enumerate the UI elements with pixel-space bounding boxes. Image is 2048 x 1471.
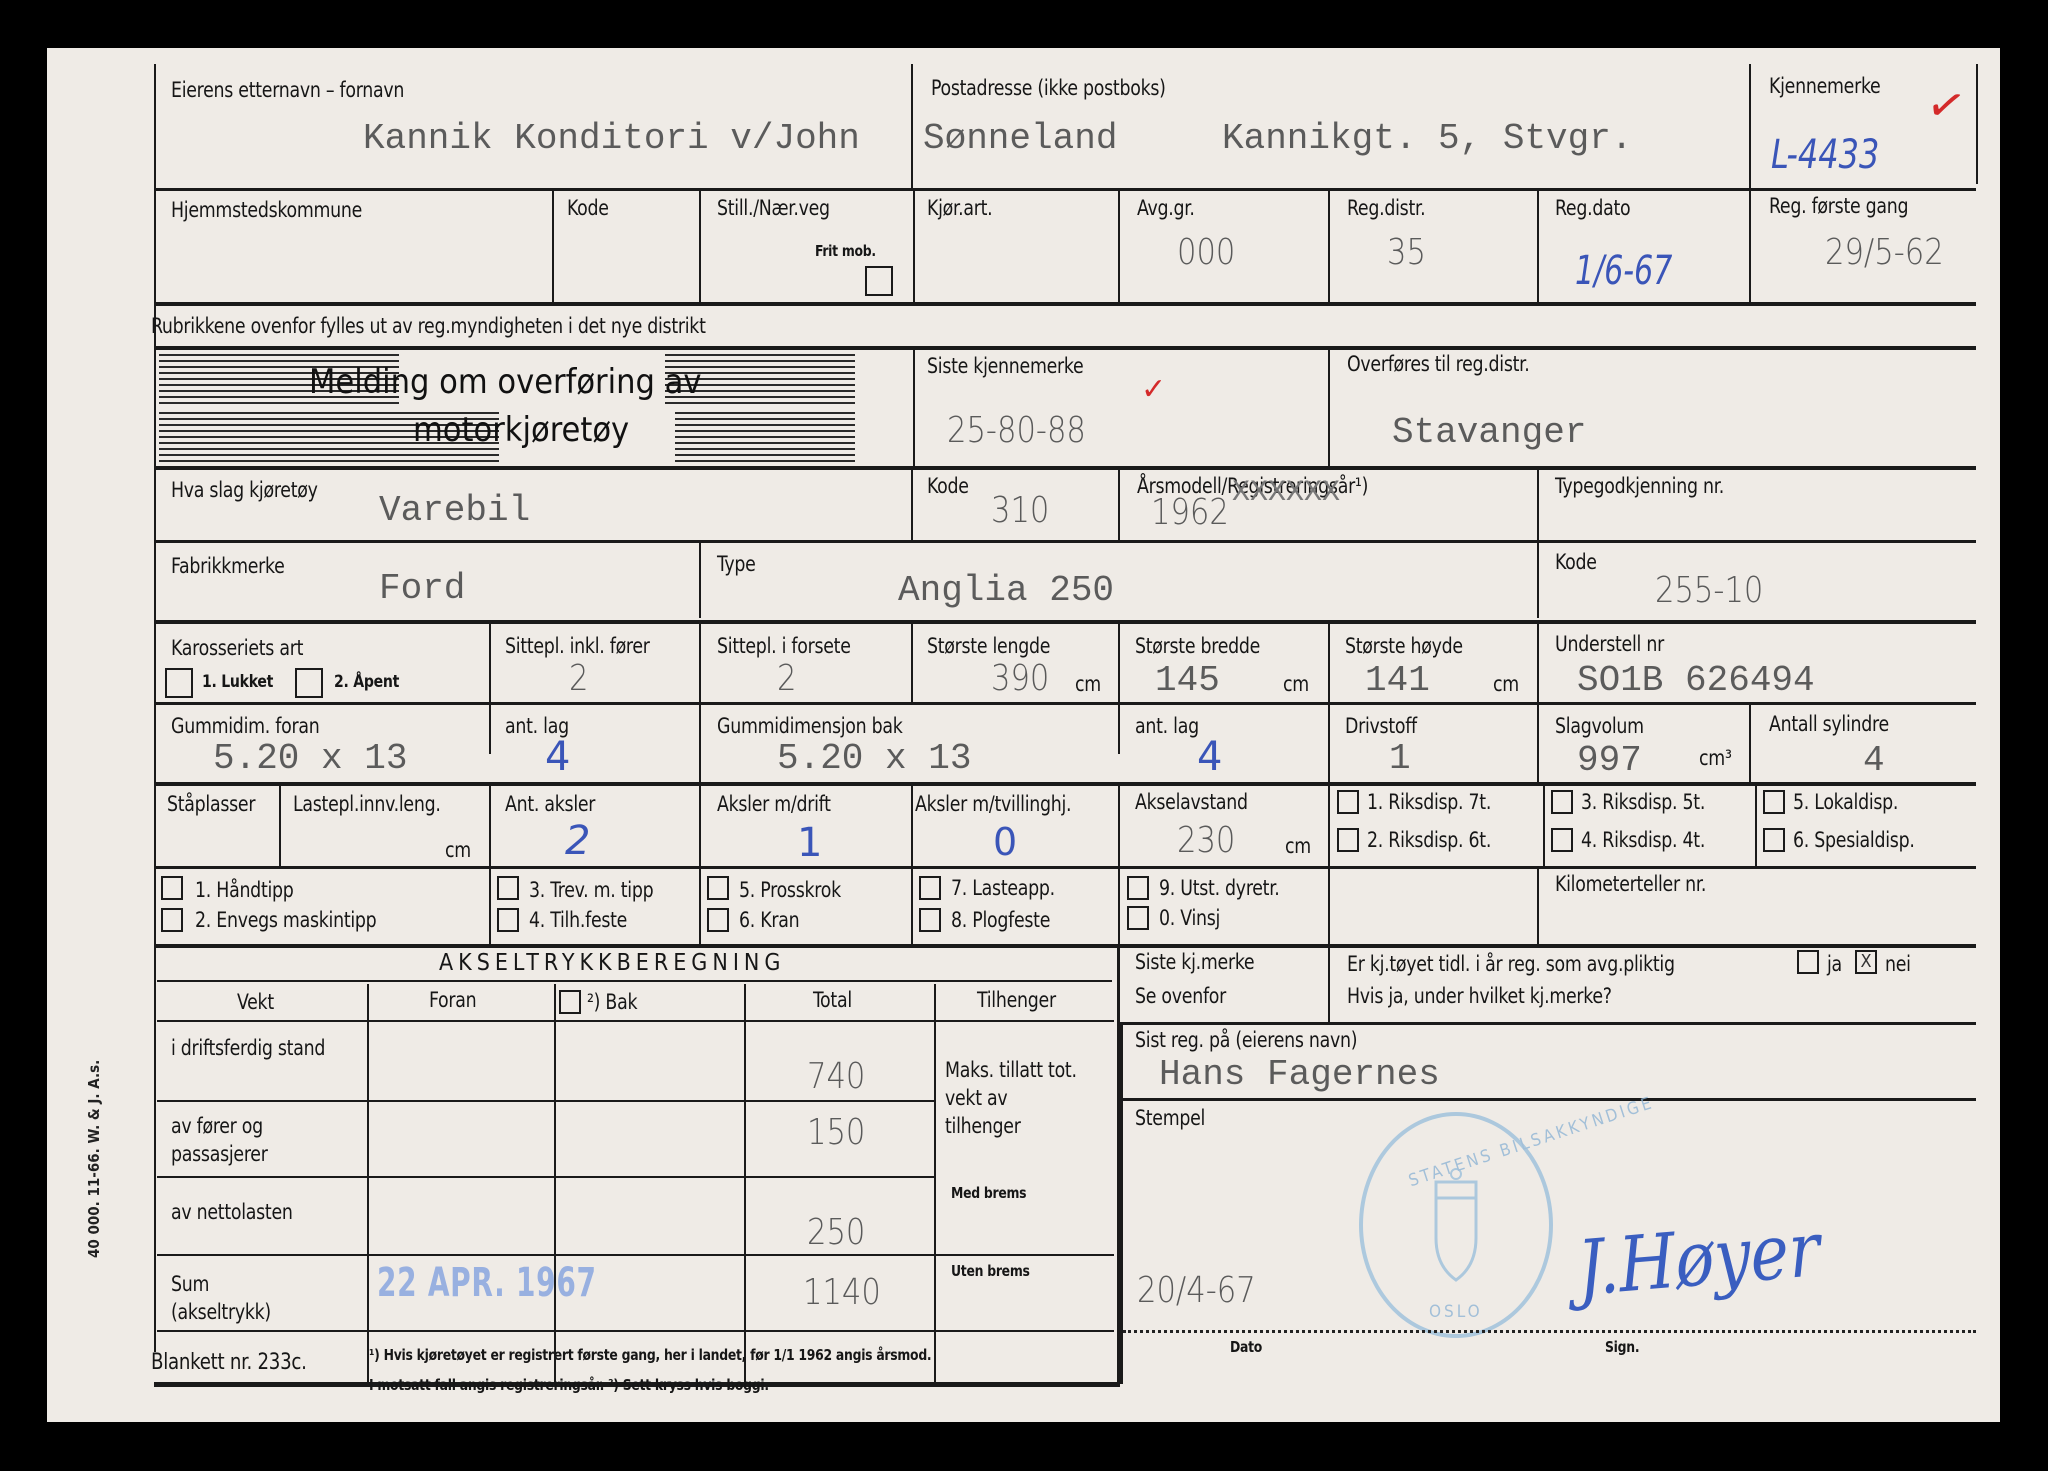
regdistr-label: Reg.distr. — [1347, 196, 1425, 220]
kilometerteller-label: Kilometerteller nr. — [1555, 872, 1706, 896]
divider — [1328, 948, 1330, 1022]
divider — [911, 64, 913, 189]
vehicle-kode-label: Kode — [927, 474, 969, 498]
sylindre-label: Antall sylindre — [1769, 712, 1889, 736]
stempel-label: Stempel — [1135, 1106, 1205, 1130]
divider — [279, 786, 281, 866]
check-mark-icon: ✓ — [1922, 75, 1971, 136]
equip-6-label: 6. Kran — [739, 908, 799, 932]
akselavstand-value: 230 — [1177, 820, 1235, 861]
divider — [1328, 868, 1330, 944]
address-value-1: Sønneland — [923, 118, 1117, 159]
disp-1-label: 1. Riksdisp. 7t. — [1367, 790, 1491, 814]
divider — [1118, 868, 1120, 944]
sist-reg-value: Hans Fagernes — [1159, 1054, 1440, 1095]
gummidim-bak-value: 5.20 x 13 — [777, 738, 971, 779]
disp-5-checkbox[interactable] — [1763, 790, 1785, 814]
row-divider — [154, 620, 1976, 624]
row-total-nettolast: 250 — [807, 1212, 865, 1253]
frit-mob-label: Frit mob. — [815, 242, 876, 260]
divider — [699, 542, 701, 618]
akselavstand-unit: cm — [1285, 834, 1311, 858]
header-total: Total — [813, 988, 852, 1012]
disp-3-checkbox[interactable] — [1551, 790, 1573, 814]
footnote-2: I motsatt fall angis registreringsår. ²)… — [369, 1376, 769, 1394]
lukket-checkbox[interactable] — [165, 668, 193, 698]
drivstoff-value: 1 — [1389, 738, 1411, 779]
understell-label: Understell nr — [1555, 632, 1664, 656]
table-line — [157, 1254, 1114, 1256]
gummidim-foran-value: 5.20 x 13 — [213, 738, 407, 779]
drift-value: 1 — [797, 820, 822, 866]
row-total-sum: 1140 — [803, 1272, 881, 1313]
row-divider — [154, 188, 1976, 191]
row-divider — [154, 702, 1976, 705]
equip-1-label: 1. Håndtipp — [195, 878, 294, 902]
vehicle-kind-label: Hva slag kjøretøy — [171, 478, 318, 502]
slagvolum-label: Slagvolum — [1555, 714, 1644, 738]
antlag2-value: 4 — [1197, 734, 1222, 780]
lukket-label: 1. Lukket — [202, 672, 273, 692]
equip-5-label: 5. Prosskrok — [739, 878, 841, 902]
disp-5-label: 5. Lokaldisp. — [1793, 790, 1898, 814]
staplasser-label: Ståplasser — [167, 792, 255, 816]
siste-kjmerke-label: Siste kj.merke — [1135, 950, 1254, 974]
disp-3-label: 3. Riksdisp. 5t. — [1581, 790, 1705, 814]
table-line — [157, 1176, 934, 1178]
tvilling-label: Aksler m/tvillinghj. — [915, 792, 1071, 816]
left-border — [154, 64, 156, 1352]
lengde-label: Største lengde — [927, 634, 1050, 658]
equip-8-label: 8. Plogfeste — [951, 908, 1050, 932]
vehicle-kind-value: Varebil — [379, 490, 530, 531]
kommune-label: Hjemmstedskommune — [171, 198, 362, 222]
divider — [489, 624, 491, 702]
dato-value: 20/4-67 — [1137, 1270, 1256, 1311]
equip-0-checkbox[interactable] — [1127, 906, 1149, 930]
divider — [1537, 542, 1539, 618]
notice-text: Rubrikkene ovenfor fylles ut av reg.mynd… — [151, 314, 706, 338]
type-value: Anglia 250 — [898, 570, 1114, 611]
divider — [1328, 190, 1330, 302]
table-line — [157, 1100, 934, 1102]
drift-label: Aksler m/drift — [717, 792, 831, 816]
frit-mob-checkbox[interactable] — [865, 266, 893, 296]
sittepl-inkl-label: Sittepl. inkl. fører — [505, 634, 650, 658]
printer-mark: 40 000. 11-66. W. & J. A.s. — [85, 1060, 103, 1258]
sittepl-forsete-label: Sittepl. i forsete — [717, 634, 851, 658]
row-divider — [1120, 1022, 1976, 1025]
row-divider — [154, 866, 1976, 869]
disp-4-label: 4. Riksdisp. 4t. — [1581, 828, 1705, 852]
divider — [1118, 470, 1120, 540]
siste-kjennemerke-value: 25-80-88 — [947, 410, 1086, 451]
divider — [699, 190, 701, 302]
divider — [699, 786, 701, 866]
gummidim-bak-label: Gummidimensjon bak — [717, 714, 903, 738]
divider — [911, 868, 913, 944]
table-line — [157, 1330, 1114, 1332]
divider — [1749, 190, 1751, 302]
apent-checkbox[interactable] — [295, 668, 323, 698]
apent-label: 2. Åpent — [334, 672, 399, 692]
header-tilhenger: Tilhenger — [977, 988, 1056, 1012]
arsmodell-value: 1962 — [1151, 492, 1229, 533]
row-divider — [1120, 1098, 1976, 1101]
akselavstand-label: Akselavstand — [1135, 790, 1248, 814]
divider — [911, 470, 913, 540]
vehicle-kode-value: 310 — [991, 490, 1049, 531]
divider — [1118, 786, 1120, 866]
equip-1-checkbox[interactable] — [161, 876, 183, 900]
divider — [1755, 786, 1757, 866]
divider — [1537, 470, 1539, 540]
typegodkjenning-label: Typegodkjenning nr. — [1555, 474, 1724, 498]
hvis-ja-label: Hvis ja, under hvilket kj.merke? — [1347, 984, 1612, 1008]
antaksler-value: 2 — [565, 818, 590, 864]
address-label: Postadresse (ikke postboks) — [931, 76, 1166, 100]
regdistr-value: 35 — [1387, 232, 1426, 273]
nei-label: nei — [1885, 952, 1911, 976]
sittepl-forsete-value: 2 — [777, 658, 796, 699]
equip-4-checkbox[interactable] — [497, 908, 519, 932]
col-line — [934, 984, 936, 1382]
check-mark-icon: ✓ — [1141, 372, 1166, 407]
equip-9-checkbox[interactable] — [1127, 876, 1149, 900]
sylindre-value: 4 — [1863, 740, 1885, 781]
divider — [1328, 624, 1330, 702]
registration-form-card: Eierens etternavn – fornavn Kannik Kondi… — [47, 48, 2000, 1422]
row-divider — [154, 466, 1976, 470]
divider — [1328, 786, 1330, 866]
owner-name-label: Eierens etternavn – fornavn — [171, 78, 404, 102]
hoyde-label: Største høyde — [1345, 634, 1463, 658]
bredde-label: Største bredde — [1135, 634, 1260, 658]
form-title-line1: Melding om overføring av — [309, 362, 702, 402]
equip-2-label: 2. Envegs maskintipp — [195, 908, 376, 932]
divider — [699, 624, 701, 702]
signature: J.Høyer — [1575, 1204, 1822, 1313]
hoyde-unit: cm — [1493, 672, 1519, 696]
header-bak: ²) Bak — [587, 990, 637, 1014]
boggi-checkbox[interactable] — [559, 990, 581, 1014]
divider — [1543, 786, 1545, 866]
avggr-value: 000 — [1177, 232, 1235, 273]
table-line — [157, 980, 1112, 982]
divider — [1537, 868, 1539, 944]
col-line — [744, 984, 746, 1382]
date-stamp: 22 APR. 1967 — [377, 1260, 597, 1306]
divider — [1749, 704, 1751, 782]
row-total-driftsferdig: 740 — [807, 1056, 865, 1097]
ja-label: ja — [1827, 952, 1842, 976]
divider — [489, 868, 491, 944]
dato-label: Dato — [1230, 1338, 1262, 1356]
overfores-value: Stavanger — [1392, 412, 1586, 453]
divider — [1537, 190, 1539, 302]
fabrikkmerke-label: Fabrikkmerke — [171, 554, 285, 578]
divider — [1328, 350, 1330, 468]
divider — [1328, 704, 1330, 782]
disp-6-label: 6. Spesialdisp. — [1793, 828, 1915, 852]
divider — [1118, 190, 1120, 302]
uten-brems-label: Uten brems — [951, 1262, 1030, 1280]
avggr-label: Avg.gr. — [1137, 196, 1195, 220]
divider — [913, 190, 915, 302]
slagvolum-unit: cm³ — [1699, 746, 1732, 770]
form-title-line2: motorkjøretøy — [413, 410, 629, 450]
kode2-value: 255-10 — [1655, 570, 1763, 611]
row-divider — [154, 540, 1976, 543]
understell-value: SO1B 626494 — [1577, 660, 1815, 701]
tilhenger-note: Maks. tillatt tot. vekt av tilhenger — [945, 1056, 1083, 1140]
equip-2-checkbox[interactable] — [161, 908, 183, 932]
kode2-label: Kode — [1555, 550, 1597, 574]
kode-label: Kode — [567, 196, 609, 220]
equip-4-label: 4. Tilh.feste — [529, 908, 627, 932]
right-border-top — [1976, 64, 1978, 184]
row-label-nettolast: av nettolasten — [171, 1200, 293, 1224]
disp-2-checkbox[interactable] — [1337, 828, 1359, 852]
plate-label: Kjennemerke — [1769, 74, 1880, 98]
signature-line — [1123, 1330, 1976, 1333]
disp-1-checkbox[interactable] — [1337, 790, 1359, 814]
owner-name-value: Kannik Konditori v/John — [363, 118, 860, 159]
sittepl-inkl-value: 2 — [569, 658, 588, 699]
avgpliktig-question: Er kj.tøyet tidl. i år reg. som avg.plik… — [1347, 952, 1675, 976]
antaksler-label: Ant. aksler — [505, 792, 595, 816]
equip-3-checkbox[interactable] — [497, 876, 519, 900]
row-divider — [154, 782, 1976, 786]
table-line — [157, 1020, 1114, 1022]
divider — [1537, 704, 1539, 782]
regdato-value: 1/6-67 — [1575, 248, 1672, 294]
divider — [1749, 64, 1751, 189]
equip-5-checkbox[interactable] — [707, 876, 729, 900]
divider — [699, 868, 701, 944]
divider — [489, 786, 491, 866]
lengde-unit: cm — [1075, 672, 1101, 696]
type-label: Type — [717, 552, 756, 576]
row-label-driftsferdig: i driftsferdig stand — [171, 1034, 337, 1062]
lengde-value: 390 — [991, 658, 1049, 699]
kjorart-label: Kjør.art. — [927, 196, 992, 220]
divider — [1118, 624, 1120, 702]
equip-7-label: 7. Lasteapp. — [951, 876, 1055, 900]
decor-stripes — [675, 412, 855, 468]
disp-2-label: 2. Riksdisp. 6t. — [1367, 828, 1491, 852]
hoyde-value: 141 — [1365, 660, 1430, 701]
sist-reg-label: Sist reg. på (eierens navn) — [1135, 1028, 1357, 1052]
tvilling-value: 0 — [993, 820, 1017, 864]
divider — [911, 786, 913, 866]
disp-4-checkbox[interactable] — [1551, 828, 1573, 852]
regdato-label: Reg.dato — [1555, 196, 1630, 220]
header-vekt: Vekt — [237, 990, 274, 1014]
row-total-forer: 150 — [807, 1112, 865, 1153]
equip-9-label: 9. Utst. dyretr. — [1159, 876, 1280, 900]
se-ovenfor-label: Se ovenfor — [1135, 984, 1226, 1008]
plate-value: L-4433 — [1771, 132, 1879, 178]
equip-7-checkbox[interactable] — [919, 876, 941, 900]
col-line — [554, 984, 556, 1382]
drivstoff-label: Drivstoff — [1345, 714, 1417, 738]
bredde-unit: cm — [1283, 672, 1309, 696]
karosseri-label: Karosseriets art — [171, 636, 303, 660]
header-foran: Foran — [429, 988, 476, 1012]
row-divider — [154, 346, 1976, 350]
fabrikkmerke-value: Ford — [379, 568, 465, 609]
ja-checkbox[interactable] — [1797, 950, 1819, 974]
lastepl-label: Lastepl.innv.leng. — [293, 792, 441, 816]
official-stamp: STATENS BILSAKKYNDIGE OSLO — [1359, 1112, 1553, 1338]
divider — [1118, 704, 1120, 754]
equip-6-checkbox[interactable] — [707, 908, 729, 932]
bredde-value: 145 — [1155, 660, 1220, 701]
equip-8-checkbox[interactable] — [919, 908, 941, 932]
row-label-forer: av fører og passasjerer — [171, 1112, 318, 1168]
equip-0-label: 0. Vinsj — [1159, 906, 1220, 930]
blankett-number: Blankett nr. 233c. — [151, 1350, 307, 1375]
divider — [489, 704, 491, 754]
footnote-1: ¹) Hvis kjøretøyet er registrert første … — [369, 1346, 931, 1364]
arsmodell-struck: XXXXXX — [1232, 476, 1340, 510]
slagvolum-value: 997 — [1577, 740, 1642, 781]
antlag-value: 4 — [545, 734, 570, 780]
stamp-text-bottom: OSLO — [1429, 1302, 1483, 1322]
akseltrykk-title: AKSELTRYKKBEREGNING — [439, 950, 785, 976]
forste-gang-value: 29/5-62 — [1825, 232, 1944, 273]
divider — [552, 190, 554, 302]
divider — [1537, 624, 1539, 702]
row-label-sum: Sum (akseltrykk) — [171, 1270, 291, 1326]
equip-3-label: 3. Trev. m. tipp — [529, 878, 653, 902]
address-value-2: Kannikgt. 5, Stvgr. — [1222, 118, 1632, 159]
med-brems-label: Med brems — [951, 1184, 1026, 1202]
divider — [699, 704, 701, 782]
nei-checkbox[interactable]: X — [1855, 950, 1877, 974]
antlag2-label: ant. lag — [1135, 714, 1199, 738]
disp-6-checkbox[interactable] — [1763, 828, 1785, 852]
row-divider — [154, 302, 1976, 306]
divider — [913, 350, 915, 468]
siste-kjennemerke-label: Siste kjennemerke — [927, 354, 1083, 378]
overfores-label: Overføres til reg.distr. — [1347, 352, 1530, 376]
still-label: Still./Nær.veg — [717, 196, 830, 220]
gummidim-foran-label: Gummidim. foran — [171, 714, 319, 738]
forste-gang-label: Reg. første gang — [1769, 194, 1908, 218]
row-divider — [154, 944, 1976, 948]
divider — [911, 624, 913, 702]
col-line — [367, 984, 369, 1382]
sign-label: Sign. — [1605, 1338, 1639, 1356]
lastepl-unit: cm — [445, 838, 471, 862]
